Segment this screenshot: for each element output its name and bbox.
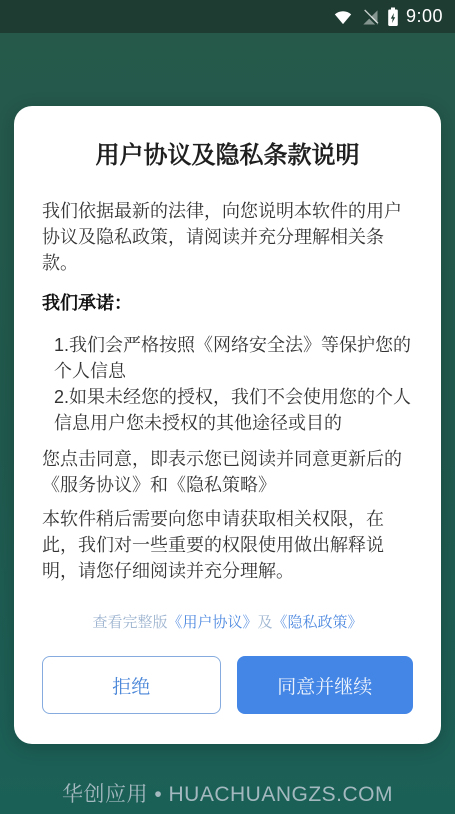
promise-item: 1.我们会严格按照《网络安全法》等保护您的个人信息	[54, 332, 413, 384]
full-version-links-line: 查看完整版《用户协议》及《隐私政策》	[42, 612, 413, 634]
privacy-agreement-dialog: 用户协议及隐私条款说明 我们依据最新的法律，向您说明本软件的用户协议及隐私政策，…	[14, 106, 441, 744]
reject-button[interactable]: 拒绝	[42, 656, 221, 714]
status-bar: 9:00	[0, 0, 455, 33]
permission-note: 本软件稍后需要向您申请获取相关权限，在此，我们对一些重要的权限使用做出解释说明，…	[42, 506, 413, 584]
no-signal-icon	[360, 7, 380, 27]
dialog-title: 用户协议及隐私条款说明	[42, 140, 413, 172]
promise-item: 2.如果未经您的授权，我们不会使用您的个人信息用户您未授权的其他途径或目的	[54, 384, 413, 436]
promise-heading: 我们承诺：	[42, 290, 413, 316]
footer-branding: 华创应用 • HUACHUANGZS.COM	[0, 778, 455, 808]
intro-paragraph: 我们依据最新的法律，向您说明本软件的用户协议及隐私政策，请阅读并充分理解相关条款…	[42, 198, 413, 276]
privacy-policy-link[interactable]: 《隐私政策》	[273, 614, 363, 631]
battery-charging-icon	[387, 7, 399, 27]
links-line-prefix: 查看完整版	[92, 614, 167, 631]
user-agreement-link[interactable]: 《用户协议》	[167, 614, 257, 631]
wifi-icon	[333, 7, 353, 27]
promise-list: 1.我们会严格按照《网络安全法》等保护您的个人信息 2.如果未经您的授权，我们不…	[42, 332, 413, 436]
agree-continue-button[interactable]: 同意并继续	[237, 656, 414, 714]
agree-note: 您点击同意，即表示您已阅读并同意更新后的《服务协议》和《隐私策略》	[42, 446, 413, 498]
status-time: 9:00	[406, 6, 443, 27]
dialog-button-row: 拒绝 同意并继续	[42, 656, 413, 714]
links-line-conjunction: 及	[258, 614, 273, 631]
